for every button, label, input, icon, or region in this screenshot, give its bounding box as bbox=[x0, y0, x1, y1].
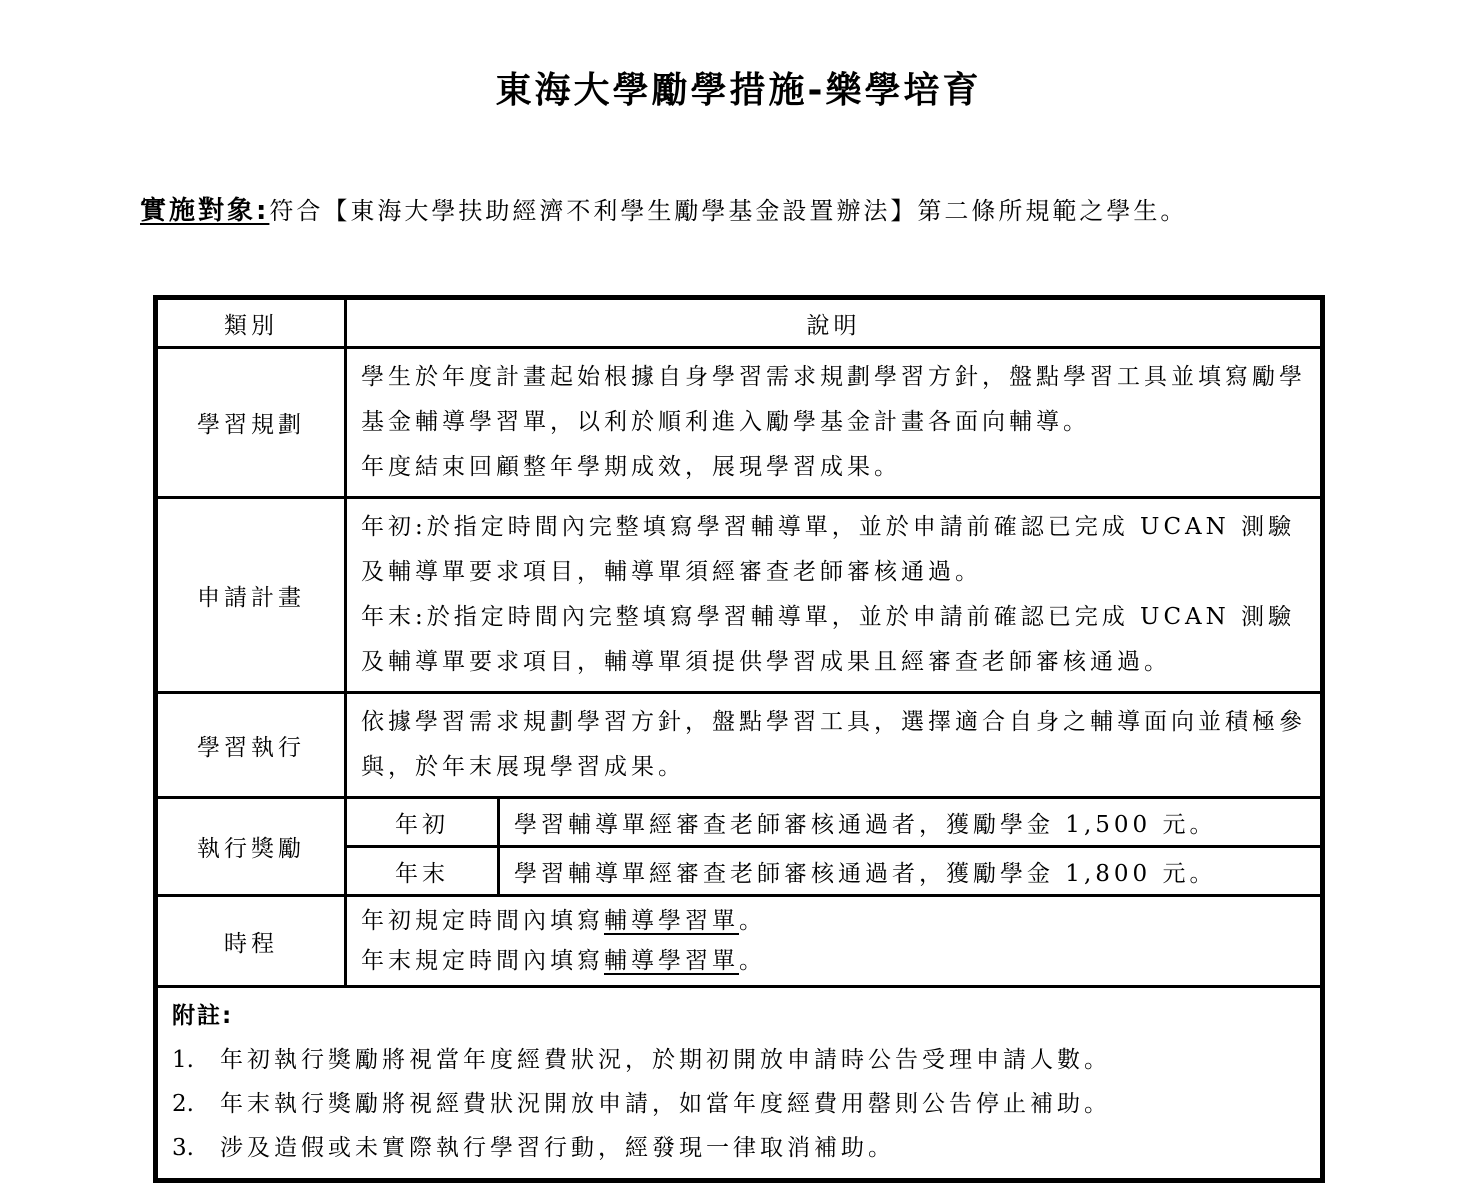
description-line: 依據學習需求規劃學習方針，盤點學習工具，選擇適合自身之輔導面向並積極參與，於年末… bbox=[361, 700, 1308, 790]
description-line: 學生於年度計畫起始根據自身學習需求規劃學習方針，盤點學習工具並填寫勵學基金輔導學… bbox=[361, 355, 1308, 445]
category-cell: 執行獎勵 bbox=[156, 798, 346, 896]
note-item: 1. 年初執行獎勵將視當年度經費狀況，於期初開放申請時公告受理申請人數。 bbox=[172, 1038, 1308, 1082]
table-row-notes: 附註: 1. 年初執行獎勵將視當年度經費狀況，於期初開放申請時公告受理申請人數。… bbox=[156, 987, 1323, 1181]
description-cell: 年初:於指定時間內完整填寫學習輔導單，並於申請前確認已完成 UCAN 測驗及輔導… bbox=[346, 498, 1323, 693]
header-description: 說明 bbox=[346, 298, 1323, 348]
description-cell: 年初規定時間內填寫輔導學習單。 年末規定時間內填寫輔導學習單。 bbox=[346, 896, 1323, 987]
notes-heading: 附註: bbox=[172, 994, 1308, 1038]
reward-text: 學習輔導單經審查老師審核通過者，獲勵學金 1,800 元。 bbox=[499, 847, 1323, 896]
table-header-row: 類別 說明 bbox=[156, 298, 1323, 348]
schedule-suffix: 。 bbox=[739, 908, 766, 934]
description-line: 年初:於指定時間內完整填寫學習輔導單，並於申請前確認已完成 UCAN 測驗及輔導… bbox=[361, 505, 1308, 595]
schedule-text: 年初規定時間內填寫 bbox=[361, 908, 604, 934]
description-line: 年末:於指定時間內完整填寫學習輔導單，並於申請前確認已完成 UCAN 測驗及輔導… bbox=[361, 595, 1308, 685]
table-row-planning: 學習規劃 學生於年度計畫起始根據自身學習需求規劃學習方針，盤點學習工具並填寫勵學… bbox=[156, 348, 1323, 498]
category-cell: 學習執行 bbox=[156, 693, 346, 798]
reward-text: 學習輔導單經審查老師審核通過者，獲勵學金 1,500 元。 bbox=[499, 798, 1323, 847]
target-audience-label: 實施對象: bbox=[140, 196, 269, 226]
note-text: 年初執行獎勵將視當年度經費狀況，於期初開放申請時公告受理申請人數。 bbox=[220, 1038, 1111, 1082]
guidance-form-link[interactable]: 輔導學習單 bbox=[604, 948, 739, 974]
schedule-text: 年末規定時間內填寫 bbox=[361, 948, 604, 974]
note-text: 年末執行獎勵將視經費狀況開放申請，如當年度經費用罄則公告停止補助。 bbox=[220, 1082, 1111, 1126]
description-cell: 學生於年度計畫起始根據自身學習需求規劃學習方針，盤點學習工具並填寫勵學基金輔導學… bbox=[346, 348, 1323, 498]
note-number: 1. bbox=[172, 1038, 220, 1082]
category-cell: 申請計畫 bbox=[156, 498, 346, 693]
table-row-reward-start: 執行獎勵 年初 學習輔導單經審查老師審核通過者，獲勵學金 1,500 元。 bbox=[156, 798, 1323, 847]
notes-cell: 附註: 1. 年初執行獎勵將視當年度經費狀況，於期初開放申請時公告受理申請人數。… bbox=[156, 987, 1323, 1181]
note-item: 3. 涉及造假或未實際執行學習行動，經發現一律取消補助。 bbox=[172, 1126, 1308, 1170]
description-line: 年度結束回顧整年學期成效，展現學習成果。 bbox=[361, 445, 1308, 490]
table-row-execution: 學習執行 依據學習需求規劃學習方針，盤點學習工具，選擇適合自身之輔導面向並積極參… bbox=[156, 693, 1323, 798]
schedule-suffix: 。 bbox=[739, 948, 766, 974]
measures-table: 類別 說明 學習規劃 學生於年度計畫起始根據自身學習需求規劃學習方針，盤點學習工… bbox=[153, 295, 1325, 1183]
reward-period: 年末 bbox=[346, 847, 499, 896]
note-number: 2. bbox=[172, 1082, 220, 1126]
category-cell: 學習規劃 bbox=[156, 348, 346, 498]
note-item: 2. 年末執行獎勵將視經費狀況開放申請，如當年度經費用罄則公告停止補助。 bbox=[172, 1082, 1308, 1126]
header-category: 類別 bbox=[156, 298, 346, 348]
reward-period: 年初 bbox=[346, 798, 499, 847]
category-cell: 時程 bbox=[156, 896, 346, 987]
table-row-schedule: 時程 年初規定時間內填寫輔導學習單。 年末規定時間內填寫輔導學習單。 bbox=[156, 896, 1323, 987]
schedule-line: 年末規定時間內填寫輔導學習單。 bbox=[361, 941, 1308, 981]
schedule-line: 年初規定時間內填寫輔導學習單。 bbox=[361, 901, 1308, 941]
target-audience-text: 符合【東海大學扶助經濟不利學生勵學基金設置辦法】第二條所規範之學生。 bbox=[269, 197, 1187, 225]
target-audience: 實施對象:符合【東海大學扶助經濟不利學生勵學基金設置辦法】第二條所規範之學生。 bbox=[140, 190, 1187, 227]
document-title: 東海大學勵學措施-樂學培育 bbox=[0, 62, 1477, 113]
note-text: 涉及造假或未實際執行學習行動，經發現一律取消補助。 bbox=[220, 1126, 895, 1170]
table-row-application: 申請計畫 年初:於指定時間內完整填寫學習輔導單，並於申請前確認已完成 UCAN … bbox=[156, 498, 1323, 693]
description-cell: 依據學習需求規劃學習方針，盤點學習工具，選擇適合自身之輔導面向並積極參與，於年末… bbox=[346, 693, 1323, 798]
note-number: 3. bbox=[172, 1126, 220, 1170]
guidance-form-link[interactable]: 輔導學習單 bbox=[604, 908, 739, 934]
